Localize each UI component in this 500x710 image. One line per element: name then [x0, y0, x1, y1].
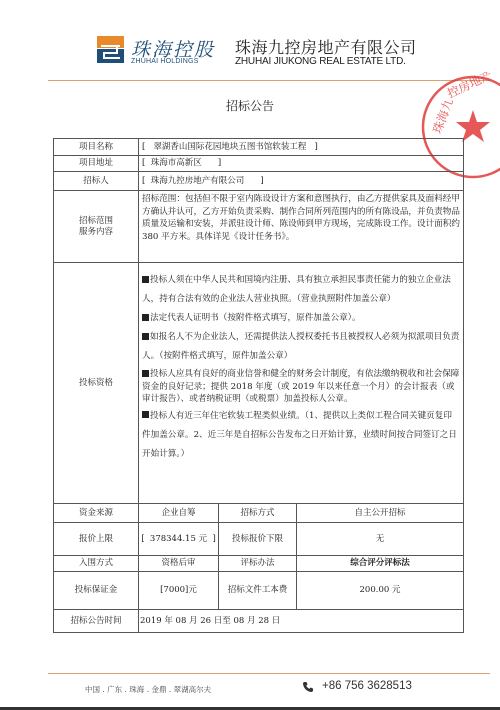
value-bid-deposit: [7000]元: [139, 572, 219, 609]
value-announcement-period: 2019 年 08 月 26 日至 08 月 28 日: [139, 610, 463, 632]
value-project-name: [ 翠湖香山国际花园地块五图书馆软装工程 ]: [139, 139, 463, 155]
value-project-address: [ 珠海市高新区 ]: [139, 156, 463, 171]
footer-address: 中国 . 广东 . 珠海 . 金鼎 . 翠湖高尔夫: [85, 684, 211, 695]
logo-icon: [97, 36, 124, 63]
qualification-item: 投标人应具有良好的商业信誉和健全的财务会计制度，有依法缴纳税收和社会保障资金的良…: [142, 368, 460, 406]
value-funding-source: 企业自筹: [139, 504, 219, 522]
qualification-item: 法定代表人证明书（按附件格式填写，原件加盖公章）。: [142, 309, 460, 328]
label-project-name: 项目名称: [54, 139, 139, 155]
bullet-icon: [142, 333, 149, 340]
qualification-item: 投标人须在中华人民共和国境内注册、具有独立承担民事责任能力的独立企业法人，持有合…: [142, 271, 460, 309]
label-project-address: 项目地址: [54, 156, 139, 171]
row-method: 入围方式 资格后审 评标办法 综合评分评标法: [54, 556, 463, 572]
value-tenderer: [ 珠海九控房地产有限公司 ]: [139, 172, 463, 190]
row-tenderer: 招标人 [ 珠海九控房地产有限公司 ]: [54, 172, 463, 191]
value-price-floor: 无: [297, 523, 463, 555]
row-price: 报价上限 [ 378344.15 元 ] 投标报价下限 无: [54, 523, 463, 556]
label-scope-line2: 服务内容: [79, 227, 113, 238]
value-scope: 招标范围：包括但不限于室内陈设设计方案和意图执行，由乙方提供家具及面料经甲方确认…: [139, 191, 463, 262]
label-scope: 招标范围 服务内容: [54, 191, 139, 262]
label-evaluation-method: 评标办法: [219, 556, 297, 571]
value-qualification: 投标人须在中华人民共和国境内注册、具有独立承担民事责任能力的独立企业法人，持有合…: [139, 263, 463, 503]
label-funding-source: 资金来源: [54, 504, 139, 522]
label-announcement-period: 招标公告时间: [54, 610, 139, 632]
company-name-chinese: 珠海九控房地产有限公司: [235, 35, 417, 58]
bullet-icon: [142, 411, 149, 418]
label-shortlist-method: 入围方式: [54, 556, 139, 571]
company-name-english: ZHUHAI JIUKONG REAL ESTATE LTD.: [235, 56, 406, 67]
label-bid-deposit: 投标保证金: [54, 572, 139, 609]
label-tender-method: 招标方式: [219, 504, 297, 522]
label-qualification: 投标资格: [54, 263, 139, 503]
value-price-cap: [ 378344.15 元 ]: [139, 523, 219, 555]
bullet-icon: [142, 370, 149, 377]
label-scope-line1: 招标范围: [79, 216, 113, 227]
document-title: 招标公告: [0, 97, 500, 114]
qualification-item: 如报名人不为企业法人，还需提供法人授权委托书且被授权人必须为拟派项目负责人。（按…: [142, 328, 460, 366]
row-deposit: 投标保证金 [7000]元 招标文件工本费 200.00 元: [54, 572, 463, 610]
bullet-icon: [142, 314, 149, 321]
bullet-icon: [142, 276, 149, 283]
label-tenderer: 招标人: [54, 172, 139, 190]
row-project-name: 项目名称 [ 翠湖香山国际花园地块五图书馆软装工程 ]: [54, 139, 463, 156]
value-evaluation-method: 综合评分评标法: [297, 556, 463, 571]
footer-divider: [48, 673, 490, 674]
phone-icon: [302, 681, 314, 693]
row-scope: 招标范围 服务内容 招标范围：包括但不限于室内陈设设计方案和意图执行，由乙方提供…: [54, 191, 463, 263]
row-period: 招标公告时间 2019 年 08 月 26 日至 08 月 28 日: [54, 610, 463, 632]
label-price-cap: 报价上限: [54, 523, 139, 555]
footer-phone-number: +86 756 3628513: [322, 680, 412, 692]
value-shortlist-method: 资格后审: [139, 556, 219, 571]
qualification-item: 投标人有近三年住宅软装工程类似业绩。（1、提供以上类似工程合同关键页复印件加盖公…: [142, 407, 460, 464]
logo-english-name: ZHUHAI HOLDINGS: [131, 58, 199, 65]
value-tender-method: 自主公开招标: [297, 504, 463, 522]
label-price-floor: 投标报价下限: [219, 523, 297, 555]
tender-info-table: 项目名称 [ 翠湖香山国际花园地块五图书馆软装工程 ] 项目地址 [ 珠海市高新…: [53, 138, 464, 633]
row-qualification: 投标资格 投标人须在中华人民共和国境内注册、具有独立承担民事责任能力的独立企业法…: [54, 263, 463, 504]
row-funding: 资金来源 企业自筹 招标方式 自主公开招标: [54, 504, 463, 523]
label-document-fee: 招标文件工本费: [219, 572, 297, 609]
value-document-fee: 200.00 元: [297, 572, 463, 609]
row-project-address: 项目地址 [ 珠海市高新区 ]: [54, 156, 463, 172]
